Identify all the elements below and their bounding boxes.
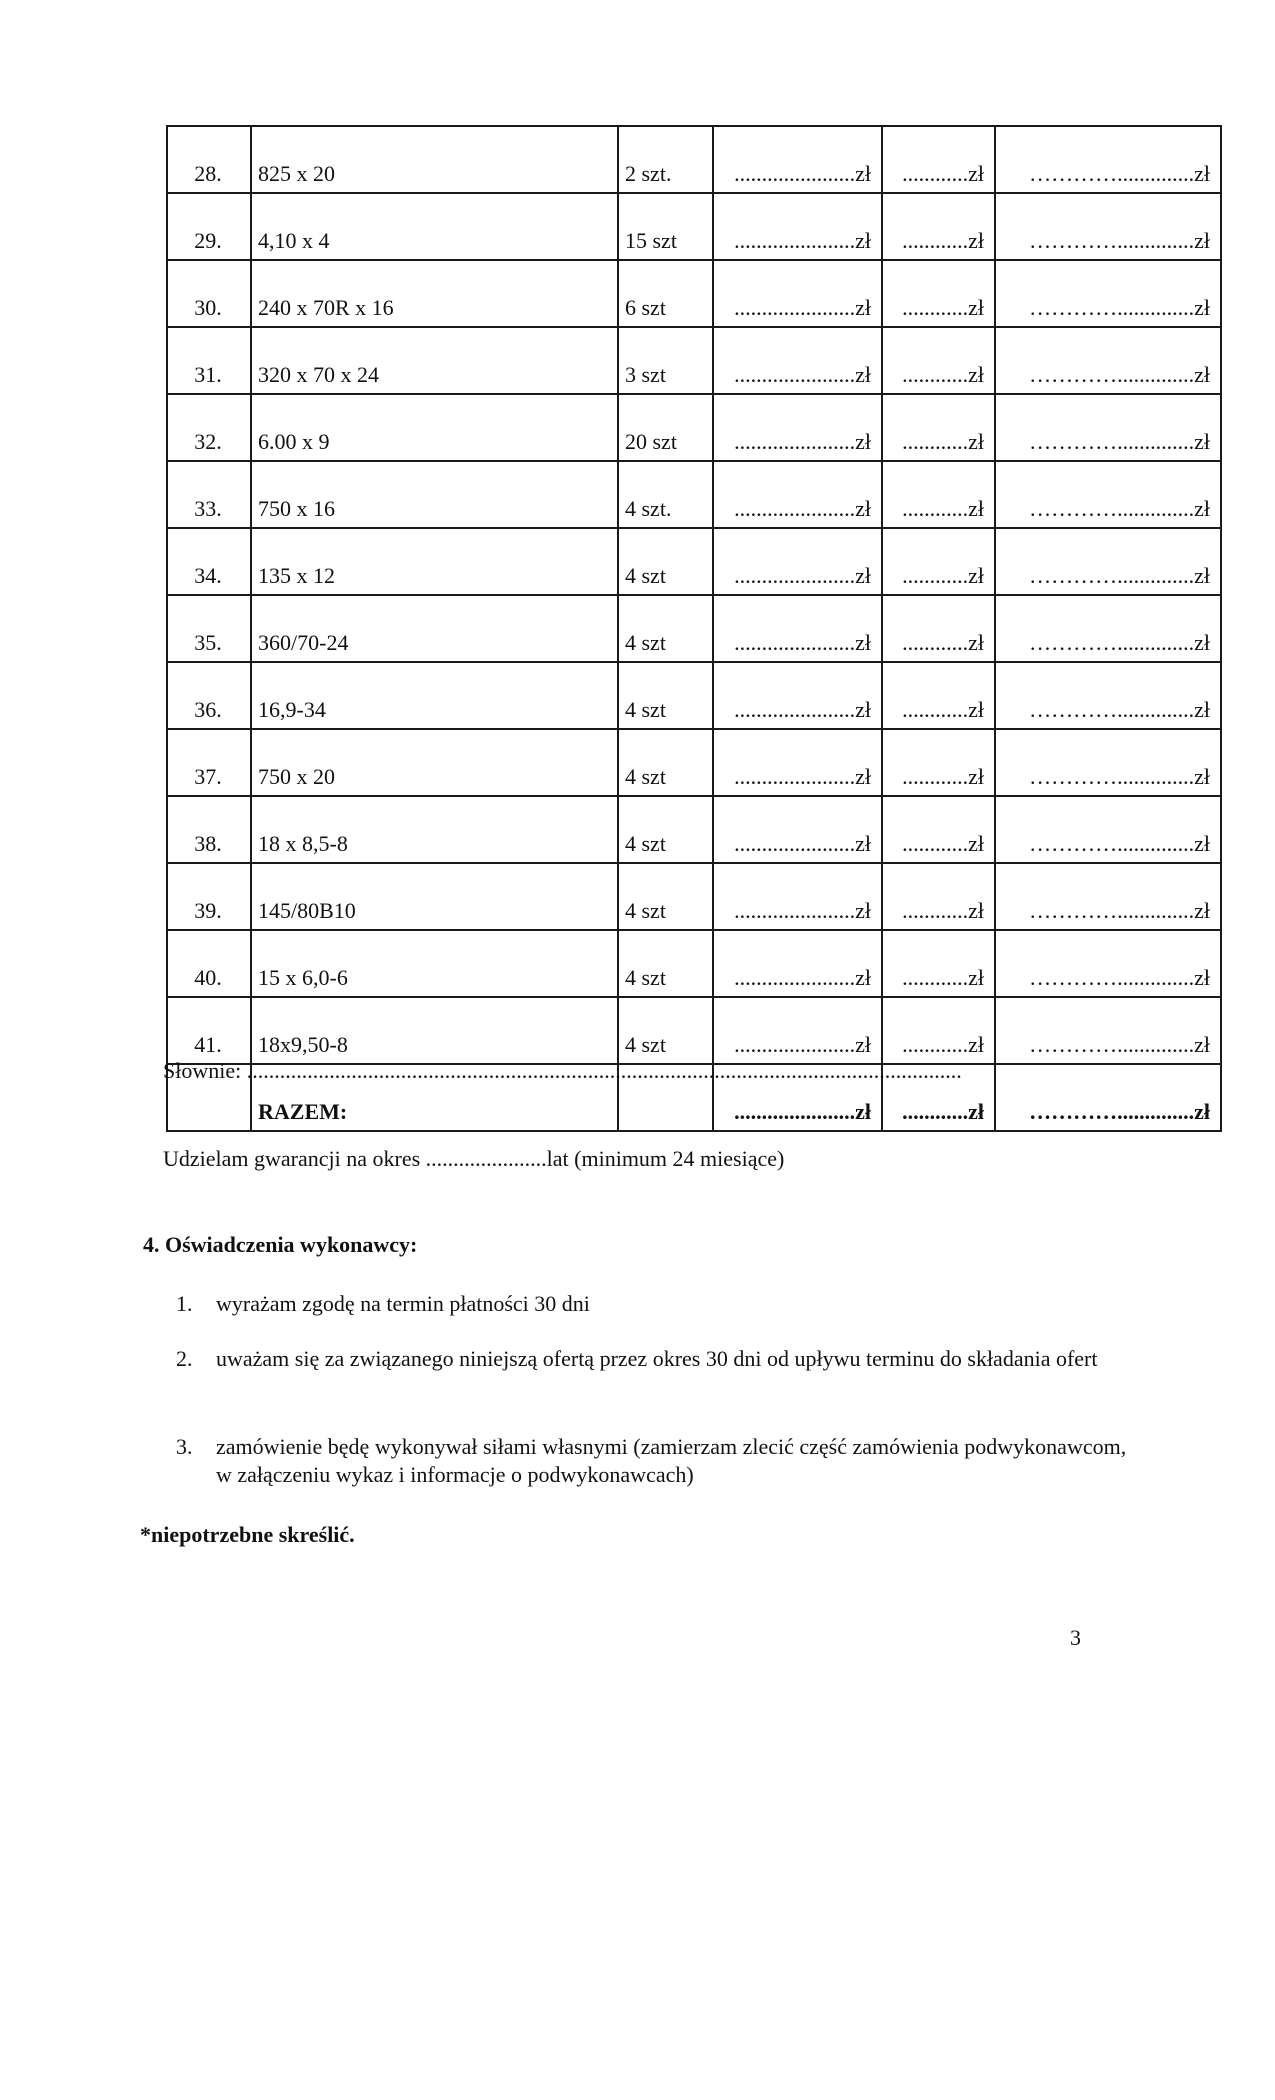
section-4-heading: 4. Oświadczenia wykonawcy: xyxy=(143,1232,417,1258)
row-number: 39. xyxy=(167,863,251,930)
tire-size: 6.00 x 9 xyxy=(251,394,618,461)
vat-field: ............zł xyxy=(882,930,995,997)
row-number: 41. xyxy=(167,997,251,1064)
in-words-line: Słownie: ...............................… xyxy=(163,1058,962,1084)
net-price-field: ......................zł xyxy=(713,327,882,394)
gross-price-field: …………..............zł xyxy=(995,796,1221,863)
quantity: 4 szt xyxy=(618,796,713,863)
vat-field: ............zł xyxy=(882,796,995,863)
table-row: 37.750 x 204 szt......................zł… xyxy=(167,729,1221,796)
vat-field: ............zł xyxy=(882,193,995,260)
gross-price-field: …………..............zł xyxy=(995,260,1221,327)
net-price-field: ......................zł xyxy=(713,662,882,729)
quantity: 15 szt xyxy=(618,193,713,260)
net-price-field: ......................zł xyxy=(713,729,882,796)
quantity: 4 szt xyxy=(618,997,713,1064)
vat-field: ............zł xyxy=(882,260,995,327)
row-number: 30. xyxy=(167,260,251,327)
tire-size: 240 x 70R x 16 xyxy=(251,260,618,327)
row-number: 36. xyxy=(167,662,251,729)
table-row: 28.825 x 202 szt.......................z… xyxy=(167,126,1221,193)
table-row: 41.18x9,50-84 szt......................z… xyxy=(167,997,1221,1064)
gross-price-field: …………..............zł xyxy=(995,394,1221,461)
table-row: 31.320 x 70 x 243 szt...................… xyxy=(167,327,1221,394)
tire-size: 750 x 16 xyxy=(251,461,618,528)
tire-size: 16,9-34 xyxy=(251,662,618,729)
net-price-field: ......................zł xyxy=(713,595,882,662)
row-number: 33. xyxy=(167,461,251,528)
quantity: 3 szt xyxy=(618,327,713,394)
tire-size: 825 x 20 xyxy=(251,126,618,193)
net-price-field: ......................zł xyxy=(713,930,882,997)
gross-price-field: …………..............zł xyxy=(995,126,1221,193)
gross-price-field: …………..............zł xyxy=(995,193,1221,260)
price-table: 28.825 x 202 szt.......................z… xyxy=(166,125,1222,1132)
net-price-field: ......................zł xyxy=(713,260,882,327)
vat-field: ............zł xyxy=(882,662,995,729)
quantity: 2 szt. xyxy=(618,126,713,193)
vat-field: ............zł xyxy=(882,528,995,595)
table-row: 40.15 x 6,0-64 szt......................… xyxy=(167,930,1221,997)
table-row: 29.4,10 x 415 szt......................z… xyxy=(167,193,1221,260)
statement-number: 3. xyxy=(176,1433,193,1461)
footnote: *niepotrzebne skreślić. xyxy=(140,1522,355,1548)
quantity: 20 szt xyxy=(618,394,713,461)
net-price-field: ......................zł xyxy=(713,126,882,193)
quantity: 4 szt xyxy=(618,729,713,796)
net-price-field: ......................zł xyxy=(713,193,882,260)
tire-size: 15 x 6,0-6 xyxy=(251,930,618,997)
table-row: 38.18 x 8,5-84 szt......................… xyxy=(167,796,1221,863)
row-number: 29. xyxy=(167,193,251,260)
row-number: 37. xyxy=(167,729,251,796)
tire-size: 18 x 8,5-8 xyxy=(251,796,618,863)
quantity: 4 szt. xyxy=(618,461,713,528)
quantity: 4 szt xyxy=(618,595,713,662)
vat-field: ............zł xyxy=(882,327,995,394)
tire-size: 750 x 20 xyxy=(251,729,618,796)
page-number: 3 xyxy=(1070,1625,1081,1651)
quantity: 4 szt xyxy=(618,863,713,930)
row-number: 32. xyxy=(167,394,251,461)
net-price-field: ......................zł xyxy=(713,863,882,930)
row-number: 38. xyxy=(167,796,251,863)
gross-price-field: …………..............zł xyxy=(995,729,1221,796)
net-price-field: ......................zł xyxy=(713,394,882,461)
quantity: 4 szt xyxy=(618,930,713,997)
vat-field: ............zł xyxy=(882,126,995,193)
table-row: 34.135 x 124 szt......................zł… xyxy=(167,528,1221,595)
net-price-field: ......................zł xyxy=(713,796,882,863)
quantity: 4 szt xyxy=(618,662,713,729)
table-row: 35.360/70-244 szt......................z… xyxy=(167,595,1221,662)
net-price-field: ......................zł xyxy=(713,528,882,595)
row-number: 34. xyxy=(167,528,251,595)
gross-price-field: …………..............zł xyxy=(995,327,1221,394)
vat-field: ............zł xyxy=(882,997,995,1064)
statement-text: wyrażam zgodę na termin płatności 30 dni xyxy=(216,1290,1166,1318)
net-price-field: ......................zł xyxy=(713,997,882,1064)
table-row: 39.145/80B104 szt......................z… xyxy=(167,863,1221,930)
warranty-line: Udzielam gwarancji na okres ............… xyxy=(163,1146,784,1172)
tire-size: 4,10 x 4 xyxy=(251,193,618,260)
statement-number: 2. xyxy=(176,1345,193,1373)
vat-field: ............zł xyxy=(882,595,995,662)
table-row: 32.6.00 x 920 szt......................z… xyxy=(167,394,1221,461)
tire-size: 360/70-24 xyxy=(251,595,618,662)
statement-text: zamówienie będę wykonywał siłami własnym… xyxy=(216,1433,1146,1489)
table-row: 30.240 x 70R x 166 szt..................… xyxy=(167,260,1221,327)
row-number: 28. xyxy=(167,126,251,193)
row-number: 31. xyxy=(167,327,251,394)
tire-size: 18x9,50-8 xyxy=(251,997,618,1064)
table-row: 36.16,9-344 szt......................zł.… xyxy=(167,662,1221,729)
gross-price-field: …………..............zł xyxy=(995,662,1221,729)
gross-price-field: …………..............zł xyxy=(995,595,1221,662)
quantity: 4 szt xyxy=(618,528,713,595)
gross-price-field: …………..............zł xyxy=(995,461,1221,528)
tire-size: 145/80B10 xyxy=(251,863,618,930)
total-gross-field: …………..............zł xyxy=(995,1064,1221,1131)
vat-field: ............zł xyxy=(882,863,995,930)
gross-price-field: …………..............zł xyxy=(995,863,1221,930)
table-row: 33.750 x 164 szt.......................z… xyxy=(167,461,1221,528)
net-price-field: ......................zł xyxy=(713,461,882,528)
row-number: 35. xyxy=(167,595,251,662)
tire-size: 320 x 70 x 24 xyxy=(251,327,618,394)
vat-field: ............zł xyxy=(882,461,995,528)
gross-price-field: …………..............zł xyxy=(995,997,1221,1064)
row-number: 40. xyxy=(167,930,251,997)
quantity: 6 szt xyxy=(618,260,713,327)
statement-number: 1. xyxy=(176,1290,193,1318)
vat-field: ............zł xyxy=(882,394,995,461)
gross-price-field: …………..............zł xyxy=(995,528,1221,595)
statement-text: uważam się za związanego niniejszą ofert… xyxy=(216,1345,1146,1373)
gross-price-field: …………..............zł xyxy=(995,930,1221,997)
tire-size: 135 x 12 xyxy=(251,528,618,595)
vat-field: ............zł xyxy=(882,729,995,796)
